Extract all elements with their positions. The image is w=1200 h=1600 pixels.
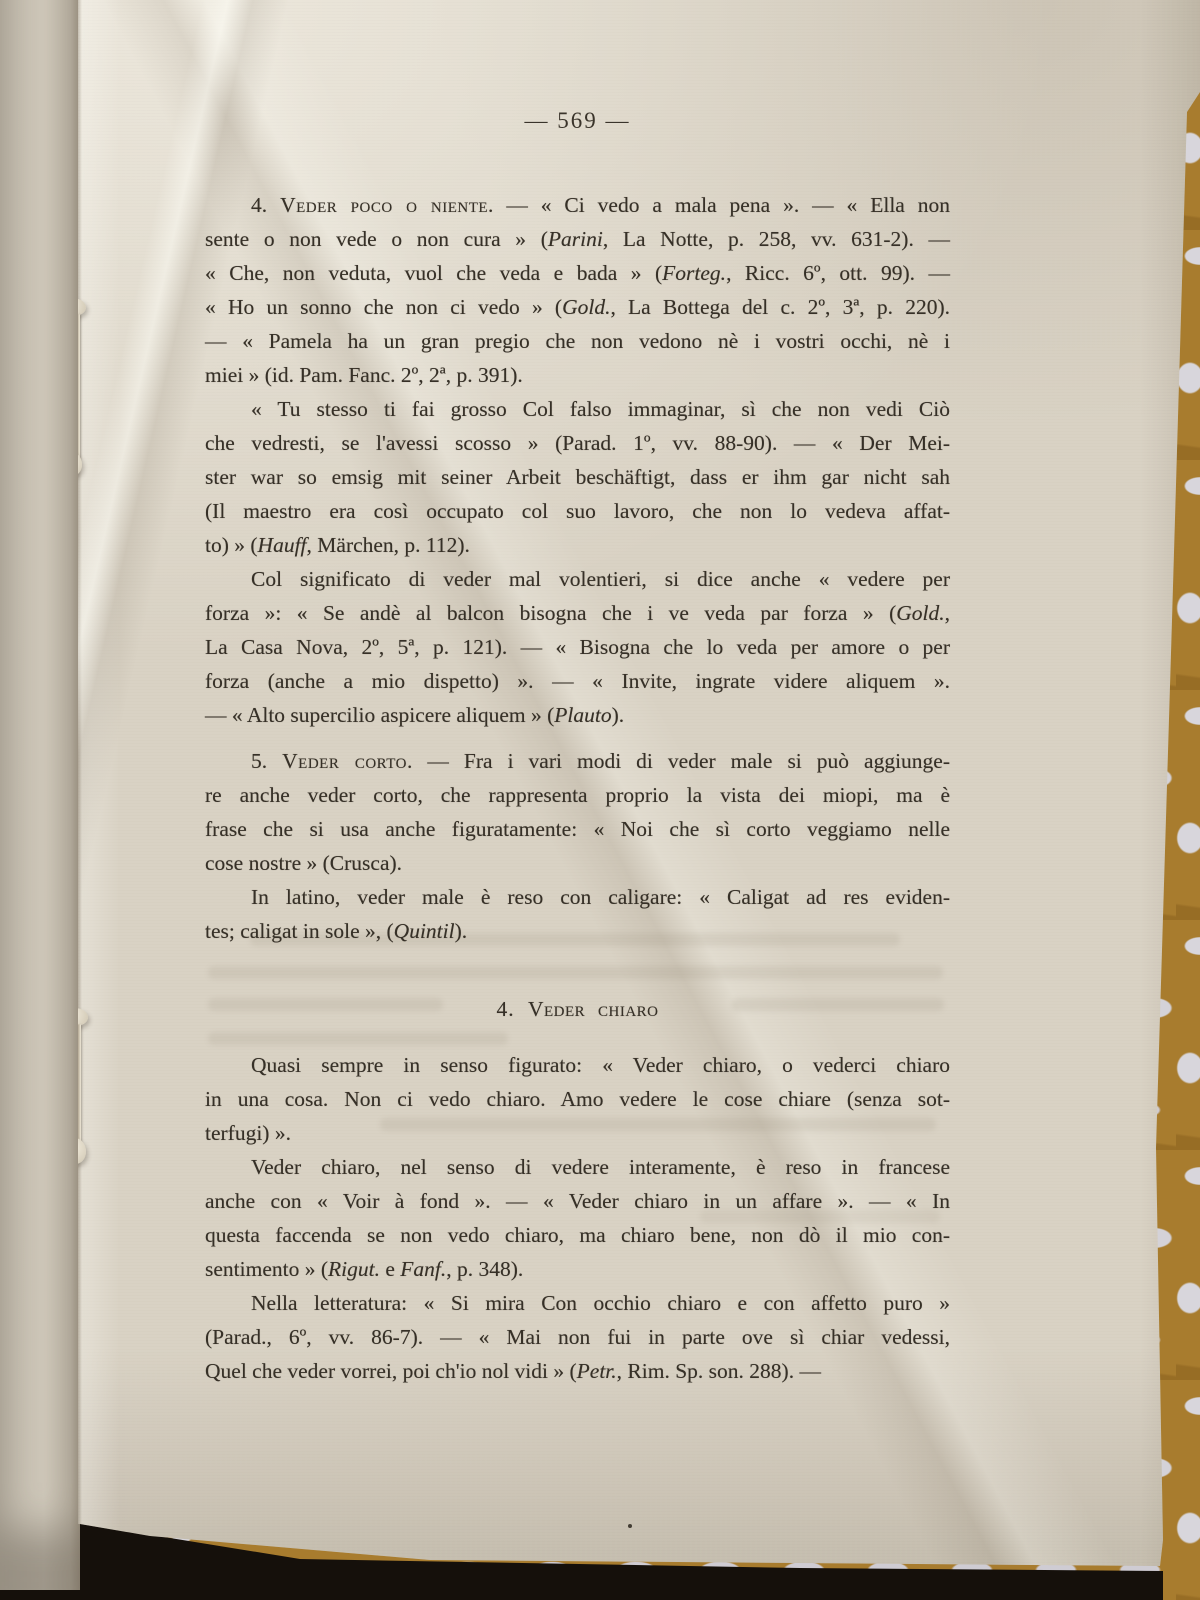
text-line: « Ho un sonno che non ci vedo » (Gold., … bbox=[205, 290, 950, 324]
text-line: Nella letteratura: « Si mira Con occhio … bbox=[205, 1286, 950, 1320]
text-line: — « Pamela ha un gran pregio che non ved… bbox=[205, 324, 950, 358]
text-line: Col significato di veder mal volentieri,… bbox=[205, 562, 950, 596]
text-line: La Casa Nova, 2º, 5ª, p. 121). — « Bisog… bbox=[205, 630, 950, 664]
section-heading: 4. Veder chiaro bbox=[205, 992, 950, 1026]
text-line: Quasi sempre in senso figurato: « Veder … bbox=[205, 1048, 950, 1082]
text-line: sentimento » (Rigut. e Fanf., p. 348). bbox=[205, 1252, 950, 1286]
text-line: 4. Veder poco o niente. — « Ci vedo a ma… bbox=[205, 188, 950, 222]
text-line: anche con « Voir à fond ». — « Veder chi… bbox=[205, 1184, 950, 1218]
text-line: (Il maestro era così occupato col suo la… bbox=[205, 494, 950, 528]
text-line: — « Alto supercilio aspicere aliquem » (… bbox=[205, 698, 950, 732]
text-line: « Che, non veduta, vuol che veda e bada … bbox=[205, 256, 950, 290]
paragraph: Veder chiaro, nel senso di vedere intera… bbox=[205, 1150, 950, 1286]
text-line: forza »: « Se andè al balcon bisogna che… bbox=[205, 596, 950, 630]
text-line: Quel che veder vorrei, poi ch'io nol vid… bbox=[205, 1354, 950, 1388]
paragraph: 4. Veder poco o niente. — « Ci vedo a ma… bbox=[205, 188, 950, 392]
text-line: ster war so emsig mit seiner Arbeit besc… bbox=[205, 460, 950, 494]
text-line: in una cosa. Non ci vedo chiaro. Amo ved… bbox=[205, 1082, 950, 1116]
text-line: che vedresti, se l'avessi scosso » (Para… bbox=[205, 426, 950, 460]
text-line: terfugi) ». bbox=[205, 1116, 950, 1150]
text-line: In latino, veder male è reso con caligar… bbox=[205, 880, 950, 914]
book-photo: — 569 — 4. Veder poco o niente. — « Ci v… bbox=[0, 0, 1200, 1600]
text-line: miei » (id. Pam. Fanc. 2º, 2ª, p. 391). bbox=[205, 358, 950, 392]
text-line: 5. Veder corto. — Fra i vari modi di ved… bbox=[205, 744, 950, 778]
paragraph: 5. Veder corto. — Fra i vari modi di ved… bbox=[205, 744, 950, 880]
text-line: questa faccenda se non vedo chiaro, ma c… bbox=[205, 1218, 950, 1252]
paragraph: Nella letteratura: « Si mira Con occhio … bbox=[205, 1286, 950, 1388]
text-line: to) » (Hauff, Märchen, p. 112). bbox=[205, 528, 950, 562]
text-line: (Parad., 6º, vv. 86-7). — « Mai non fui … bbox=[205, 1320, 950, 1354]
gutter-page-edges bbox=[0, 0, 80, 1590]
text-line: forza (anche a mio dispetto) ». — « Invi… bbox=[205, 664, 950, 698]
paragraph: In latino, veder male è reso con caligar… bbox=[205, 880, 950, 948]
text-line: tes; caligat in sole », (Quintil). bbox=[205, 914, 950, 948]
text-line: frase che si usa anche figuratamente: « … bbox=[205, 812, 950, 846]
page-number: — 569 — bbox=[205, 108, 950, 134]
paragraph: Quasi sempre in senso figurato: « Veder … bbox=[205, 1048, 950, 1150]
text-line: « Tu stesso ti fai grosso Col falso imma… bbox=[205, 392, 950, 426]
text-line: cose nostre » (Crusca). bbox=[205, 846, 950, 880]
text-line: Veder chiaro, nel senso di vedere intera… bbox=[205, 1150, 950, 1184]
paragraph: Col significato di veder mal volentieri,… bbox=[205, 562, 950, 732]
ink-speck bbox=[628, 1524, 632, 1528]
text-block: 4. Veder poco o niente. — « Ci vedo a ma… bbox=[205, 188, 950, 1388]
text-line: re anche veder corto, che rappresenta pr… bbox=[205, 778, 950, 812]
paragraph: « Tu stesso ti fai grosso Col falso imma… bbox=[205, 392, 950, 562]
text-line: sente o non vede o non cura » (Parini, L… bbox=[205, 222, 950, 256]
book-page: — 569 — 4. Veder poco o niente. — « Ci v… bbox=[0, 0, 1200, 1566]
